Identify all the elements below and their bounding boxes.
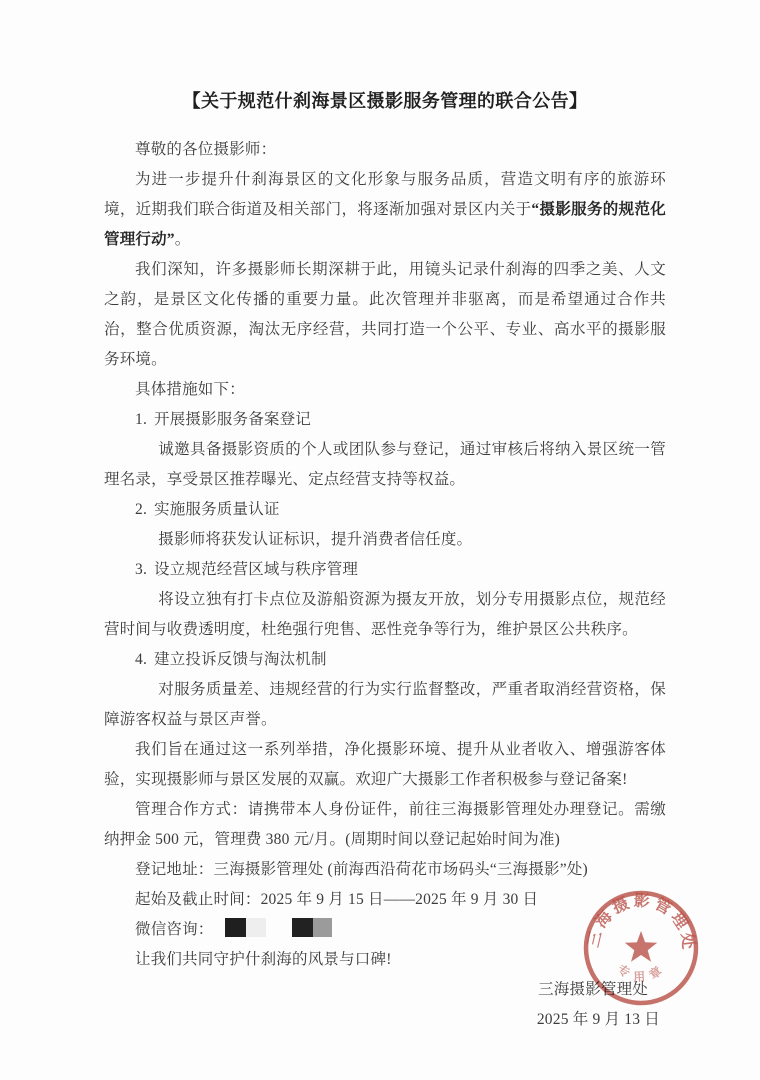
redacted-block	[313, 918, 332, 937]
redacted-block	[246, 918, 266, 937]
measure-4-body: 对服务质量差、违规经营的行为实行监督整改，严重者取消经营资格，保障游客权益与景区…	[104, 675, 666, 735]
measure-1-body: 诚邀具备摄影资质的个人或团队参与登记，通过审核后将纳入景区统一管理名录，享受景区…	[104, 435, 666, 495]
measure-1-title: 开展摄影服务备案登记	[154, 411, 311, 428]
seal-bottom-text: 专用章	[615, 959, 670, 984]
context-paragraph: 我们深知，许多摄影师长期深耕于此，用镜头记录什刹海的四季之美、人文之韵，是景区文…	[104, 255, 666, 375]
measure-2-heading: 2.实施服务质量认证	[104, 495, 666, 525]
redacted-block	[292, 918, 313, 937]
measure-4-title: 建立投诉反馈与淘汰机制	[154, 651, 327, 668]
measure-3-number: 3.	[135, 561, 147, 578]
cooperation-paragraph: 管理合作方式：请携带本人身份证件，前往三海摄影管理处办理登记。需缴纳押金 500…	[104, 795, 666, 855]
measure-1-heading: 1.开展摄影服务备案登记	[104, 405, 666, 435]
measure-1-number: 1.	[135, 411, 147, 428]
page-title: 【关于规范什刹海景区摄影服务管理的联合公告】	[104, 86, 666, 116]
redacted-block	[225, 918, 246, 937]
measure-2-title: 实施服务质量认证	[154, 501, 280, 518]
intro-text-post: 。	[175, 231, 191, 248]
wechat-label: 微信咨询：	[135, 921, 214, 938]
official-seal-stamp: 三海摄影管理处 专用章	[575, 882, 707, 1014]
registration-address: 登记地址：三海摄影管理处 (前海西沿荷花市场码头“三海摄影”处)	[104, 855, 666, 885]
intro-paragraph: 为进一步提升什刹海景区的文化形象与服务品质，营造文明有序的旅游环境，近期我们联合…	[104, 165, 666, 255]
star-icon	[625, 931, 657, 962]
measure-3-title: 设立规范经营区域与秩序管理	[154, 561, 358, 578]
document-page: 【关于规范什刹海景区摄影服务管理的联合公告】 尊敬的各位摄影师： 为进一步提升什…	[0, 0, 760, 1080]
measure-4-heading: 4.建立投诉反馈与淘汰机制	[104, 645, 666, 675]
measures-intro: 具体措施如下：	[104, 375, 666, 405]
salutation: 尊敬的各位摄影师：	[104, 135, 666, 165]
measure-3-heading: 3.设立规范经营区域与秩序管理	[104, 555, 666, 585]
measure-2-body: 摄影师将获发认证标识，提升消费者信任度。	[104, 525, 666, 555]
measure-2-number: 2.	[135, 501, 147, 518]
vision-paragraph: 我们旨在通过这一系列举措，净化摄影环境、提升从业者收入、增强游客体验，实现摄影师…	[104, 735, 666, 795]
measure-3-body: 将设立独有打卡点位及游船资源为摄友开放，划分专用摄影点位，规范经营时间与收费透明…	[104, 585, 666, 645]
measure-4-number: 4.	[135, 651, 147, 668]
